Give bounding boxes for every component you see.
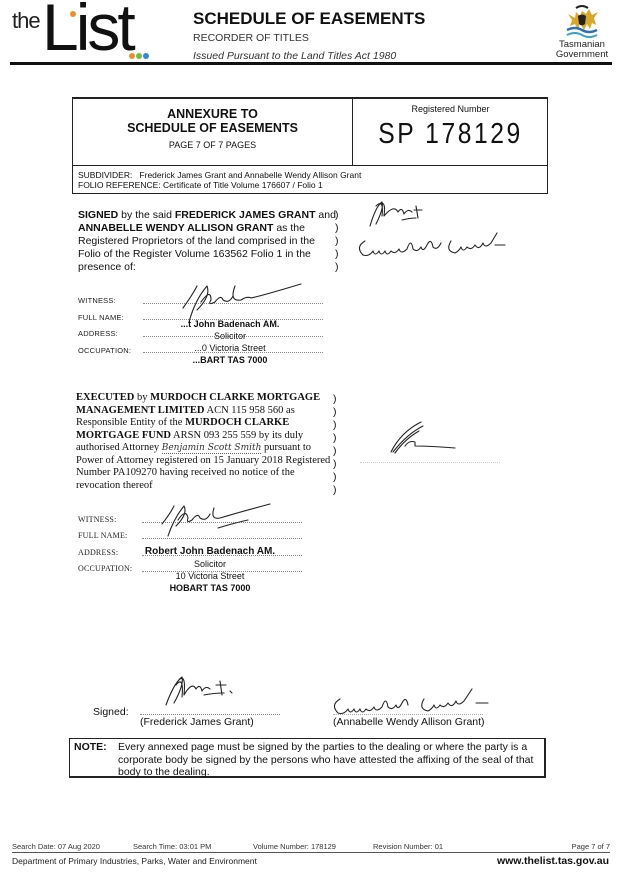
revision-number: Revision Number: 01 <box>373 842 443 851</box>
witness-1-street: ...0 Victoria Street <box>140 342 320 354</box>
annexure-box: ANNEXURE TO SCHEDULE OF EASEMENTS PAGE 7… <box>72 97 548 194</box>
logo-i-dot <box>70 11 76 17</box>
subdivider-label: SUBDIVIDER: <box>78 170 132 180</box>
document-act: Issued Pursuant to the Land Titles Act 1… <box>193 50 396 62</box>
annexure-title-cell: ANNEXURE TO SCHEDULE OF EASEMENTS PAGE 7… <box>73 99 353 165</box>
bracket-column-1: ))))) <box>335 209 343 274</box>
signature-frederick-grant-bottom <box>158 675 258 711</box>
occupation-label-1: OCCUPATION: <box>78 346 131 355</box>
witness-1-city: ...BART TAS 7000 <box>193 355 268 365</box>
subdivider-section: SUBDIVIDER: Frederick James Grant and An… <box>73 165 547 194</box>
folio-label: FOLIO REFERENCE: <box>78 180 161 190</box>
full-name-line-2 <box>142 538 302 539</box>
address-label-2: ADDRESS: <box>78 548 118 557</box>
proprietors-signing-clause: SIGNED by the said FREDERICK JAMES GRANT… <box>78 209 340 274</box>
volume-number: Volume Number: 178129 <box>253 842 336 851</box>
signature-annabelle-grant <box>355 237 530 259</box>
search-date: Search Date: 07 Aug 2020 <box>12 842 100 851</box>
logo-dot-3 <box>143 53 149 59</box>
annexure-title: ANNEXURE TO SCHEDULE OF EASEMENTS <box>73 107 352 135</box>
logo-dots <box>129 53 149 59</box>
witness-signature-2 <box>160 502 280 538</box>
full-name-label-1: FULL NAME: <box>78 313 124 322</box>
signature-line-annabelle <box>333 714 483 715</box>
logo-prefix: the <box>12 8 40 34</box>
thelist-logo: the List <box>12 4 152 60</box>
occupation-label-2: OCCUPATION: <box>78 564 132 573</box>
website-link[interactable]: www.thelist.tas.gov.au <box>497 855 609 867</box>
logo-word: List <box>42 0 133 60</box>
footer-rule <box>12 852 610 853</box>
logo-dot-2 <box>136 53 142 59</box>
page-number: Page 7 of 7 <box>572 842 610 851</box>
registered-number: SP 178129 <box>368 118 534 151</box>
witness-2-city: HOBART TAS 7000 <box>170 583 251 593</box>
signature-frederick-grant <box>360 200 450 230</box>
department-name: Department of Primary Industries, Parks,… <box>12 856 257 866</box>
document-subtitle: RECORDER OF TITLES <box>193 32 309 44</box>
thylacine-crest-icon <box>562 4 602 40</box>
witness-1-name: ...t John Badenach AM. <box>181 319 280 329</box>
witness-label-2: WITNESS: <box>78 515 117 524</box>
logo-dot-1 <box>129 53 135 59</box>
address-label-1: ADDRESS: <box>78 329 118 338</box>
registered-number-cell: Registered Number SP 178129 <box>353 99 548 165</box>
page-header: the List SCHEDULE OF EASEMENTS RECORDER … <box>0 0 622 66</box>
witness-details-1: ...t John Badenach AM. Solicitor ...0 Vi… <box>140 318 320 366</box>
signer-name-annabelle: (Annabelle Wendy Allison Grant) <box>333 716 485 728</box>
registered-number-label: Registered Number <box>353 104 548 114</box>
signed-label: Signed: <box>93 706 129 718</box>
note-label: NOTE: <box>74 741 118 774</box>
search-time: Search Time: 03:01 PM <box>133 842 211 851</box>
signer-name-frederick: (Frederick James Grant) <box>140 716 254 728</box>
witness-1-occupation: Solicitor <box>140 330 320 342</box>
witness-2-name: Robert John Badenach AM. <box>145 546 275 557</box>
gov-line-2: Government <box>547 50 617 60</box>
witness-2-street: 10 Victoria Street <box>135 570 285 582</box>
witness-2-occupation: Solicitor <box>135 558 285 570</box>
folio-value: Certificate of Title Volume 176607 / Fol… <box>163 180 323 190</box>
signature-line-frederick <box>140 714 280 715</box>
attorney-name-handwritten: Benjamin Scott Smith <box>162 443 262 454</box>
header-rule <box>10 62 612 65</box>
note-text: Every annexed page must be signed by the… <box>118 741 540 774</box>
attorney-signature <box>385 420 495 455</box>
full-name-label-2: FULL NAME: <box>78 531 127 540</box>
document-title: SCHEDULE OF EASEMENTS <box>193 9 425 29</box>
witness-label-1: WITNESS: <box>78 296 116 305</box>
tasmanian-government-logo: Tasmanian Government <box>547 4 617 62</box>
page-info: PAGE 7 OF 7 PAGES <box>73 140 352 150</box>
subdivider-value: Frederick James Grant and Annabelle Wend… <box>139 170 361 180</box>
mortgagee-execution-clause: EXECUTED by MURDOCH CLARKE MORTGAGE MANA… <box>76 392 338 492</box>
attorney-signature-line <box>360 462 500 463</box>
note-box: NOTE: Every annexed page must be signed … <box>69 738 546 778</box>
bracket-column-2: )))))))) <box>333 393 341 497</box>
witness-details-2: Robert John Badenach AM. Solicitor 10 Vi… <box>135 545 285 594</box>
